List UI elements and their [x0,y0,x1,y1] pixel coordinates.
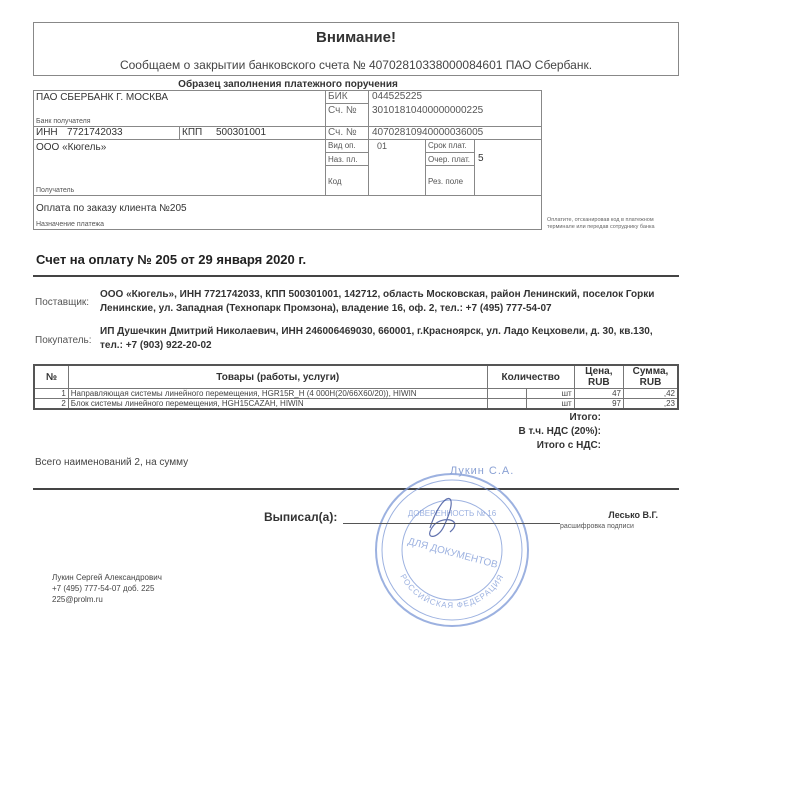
buyer-line-1: ИП Душечкин Дмитрий Николаевич, ИНН 2460… [100,325,653,339]
svg-text:РОССИЙСКАЯ ФЕДЕРАЦИЯ: РОССИЙСКАЯ ФЕДЕРАЦИЯ [398,573,505,611]
kod-label: Код [328,177,342,186]
items-table: № Товары (работы, услуги) Количество Цен… [33,364,679,410]
inn-value: 7721742033 [67,127,123,138]
purpose-label: Назначение платежа [36,221,104,228]
signer-name: Лесько В.Г. [586,510,658,520]
svg-text:ДОВЕРЕННОСТЬ № 16: ДОВЕРЕННОСТЬ № 16 [408,509,497,518]
contact-email[interactable]: 225@prolm.ru [52,594,162,605]
supplier-line-2: Ленинские, ул. Западная (Технопарк Промз… [100,302,552,316]
contact-block: Лукин Сергей Александрович +7 (495) 777-… [52,572,162,605]
contact-name: Лукин Сергей Александрович [52,572,162,583]
row-unit: шт [527,399,575,410]
bik-value: 044525225 [372,91,422,102]
row-price: 47 [574,389,623,399]
kpp-label: КПП [182,127,202,138]
table-row: 2 Блок системы линейного перемещения, HG… [34,399,678,410]
col-price-header: Цена, RUB [574,365,623,389]
row-num: 1 [34,389,68,399]
row-qty [487,389,526,399]
signed-by-label: Выписал(а): [264,510,337,524]
notice-text: Сообщаем о закрытии банковского счета № … [34,58,678,72]
srok-plat-label: Срок плат. [428,141,467,150]
row-sum: ,42 [623,389,678,399]
table-row: 1 Направляющая системы линейного перемещ… [34,389,678,399]
buyer-label: Покупатель: [35,335,92,346]
recipient-label: Получатель [36,187,74,194]
col-num-header: № [34,365,68,389]
col-goods-header: Товары (работы, услуги) [68,365,487,389]
inn-label: ИНН [36,127,58,138]
naz-pl-label: Наз. пл. [328,155,357,164]
table-header-row: № Товары (работы, услуги) Количество Цен… [34,365,678,389]
total-label: Итого: [569,412,601,423]
divider [33,488,679,490]
supplier-line-1: ООО «Кюгель», ИНН 7721742033, КПП 500301… [100,288,654,302]
row-sum: ,23 [623,399,678,410]
row-num: 2 [34,399,68,410]
divider [33,275,679,277]
bik-label: БИК [328,91,348,102]
vid-op-label: Вид оп. [328,141,356,150]
corr-account-label: Сч. № [328,105,357,116]
account-label: Сч. № [328,127,357,138]
col-qty-header: Количество [487,365,574,389]
svg-text:ДЛЯ ДОКУМЕНТОВ: ДЛЯ ДОКУМЕНТОВ [407,536,500,571]
row-price: 97 [574,399,623,410]
row-name: Направляющая системы линейного перемещен… [68,389,487,399]
row-name: Блок системы линейного перемещения, HGH1… [68,399,487,410]
supplier-label: Поставщик: [35,297,89,308]
recipient-name: ООО «Кюгель» [36,142,106,153]
vat-label: В т.ч. НДС (20%): [518,426,601,437]
row-qty [487,399,526,410]
buyer-line-2: тел.: +7 (903) 922-20-02 [100,339,212,353]
corr-account-value: 30101810400000000225 [372,105,483,116]
rez-pole-label: Рез. поле [428,177,463,186]
bank-name: ПАО СБЕРБАНК Г. МОСКВА [36,92,168,103]
account-value: 40702810940000036005 [372,127,483,138]
bank-label: Банк получателя [36,118,91,125]
col-sum-header: Сумма, RUB [623,365,678,389]
signer-caption: расшифровка подписи [560,523,634,530]
row-unit: шт [527,389,575,399]
kpp-value: 500301001 [216,127,266,138]
invoice-title: Счет на оплату № 205 от 29 января 2020 г… [36,252,306,267]
signature-line [343,523,560,524]
closure-notice-box: Внимание! Сообщаем о закрытии банковског… [33,22,679,76]
ocher-plat-value: 5 [478,153,484,164]
company-stamp: РОССИЙСКАЯ ФЕДЕРАЦИЯ ДОВЕРЕННОСТЬ № 16 Д… [372,470,532,630]
total-with-vat-label: Итого с НДС: [537,440,601,451]
notice-title: Внимание! [34,29,678,46]
vid-op-value: 01 [377,141,387,151]
items-summary: Всего наименований 2, на сумму [35,457,188,468]
qr-payment-note: Оплатите, отсканировав код в платежном т… [547,217,682,231]
stamp-name: Лукин С.А. [450,465,514,477]
payment-form-title: Образец заполнения платежного поручения [33,79,543,90]
purpose-value: Оплата по заказу клиента №205 [36,203,187,214]
contact-phone: +7 (495) 777-54-07 доб. 225 [52,583,162,594]
ocher-plat-label: Очер. плат. [428,155,470,164]
